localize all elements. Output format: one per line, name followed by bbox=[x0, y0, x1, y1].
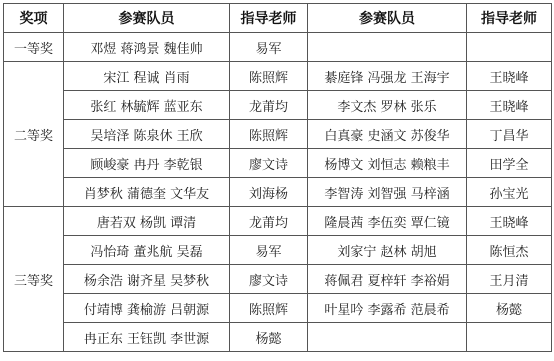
members-cell: 綦庭锋 冯强龙 王海宇 bbox=[308, 62, 467, 91]
header-award: 奖项 bbox=[4, 4, 64, 33]
advisor-cell: 龙莆均 bbox=[230, 91, 308, 120]
table-row: 付靖博 龚榆游 吕朝源 陈照辉 叶星吟 李露希 范晨希 杨懿 bbox=[4, 294, 552, 323]
advisor-cell: 孙宝光 bbox=[467, 178, 552, 207]
advisor-cell: 陈恒杰 bbox=[467, 236, 552, 265]
header-row: 奖项 参赛队员 指导老师 参赛队员 指导老师 bbox=[4, 4, 552, 33]
members-cell: 隆晨茜 李伍奕 覃仁镜 bbox=[308, 207, 467, 236]
members-cell: 张红 林毓辉 蓝亚东 bbox=[64, 91, 230, 120]
members-cell: 李文杰 罗林 张乐 bbox=[308, 91, 467, 120]
members-cell: 叶星吟 李露希 范晨希 bbox=[308, 294, 467, 323]
advisor-cell: 王晓峰 bbox=[467, 91, 552, 120]
advisor-cell: 杨懿 bbox=[230, 323, 308, 352]
members-cell: 蒋佩君 夏梓轩 李裕娟 bbox=[308, 265, 467, 294]
header-members-left: 参赛队员 bbox=[64, 4, 230, 33]
table-row: 杨余浩 谢齐星 吴梦秋 廖文诗 蒋佩君 夏梓轩 李裕娟 王月清 bbox=[4, 265, 552, 294]
members-cell: 杨博文 刘恒志 赖粮丰 bbox=[308, 149, 467, 178]
members-cell: 刘家宁 赵林 胡旭 bbox=[308, 236, 467, 265]
table-row: 张红 林毓辉 蓝亚东 龙莆均 李文杰 罗林 张乐 王晓峰 bbox=[4, 91, 552, 120]
award-first: 一等奖 bbox=[4, 33, 64, 62]
table-row: 一等奖 邓煜 蒋鸿景 魏佳帅 易军 bbox=[4, 33, 552, 62]
award-second: 二等奖 bbox=[4, 62, 64, 207]
members-cell bbox=[308, 323, 467, 352]
advisor-cell: 陈照辉 bbox=[230, 294, 308, 323]
header-advisor-right: 指导老师 bbox=[467, 4, 552, 33]
table-row: 冯怡琦 董兆航 吴磊 易军 刘家宁 赵林 胡旭 陈恒杰 bbox=[4, 236, 552, 265]
advisor-cell: 刘海杨 bbox=[230, 178, 308, 207]
advisor-cell: 易军 bbox=[230, 236, 308, 265]
advisor-cell: 王晓峰 bbox=[467, 62, 552, 91]
advisor-cell: 王月清 bbox=[467, 265, 552, 294]
table-row: 肖梦秋 蒲德奎 文华友 刘海杨 李智涛 刘智强 马梓涵 孙宝光 bbox=[4, 178, 552, 207]
advisor-cell: 廖文诗 bbox=[230, 149, 308, 178]
members-cell: 吴培泽 陈泉休 王欣 bbox=[64, 120, 230, 149]
members-cell: 冉正东 王钰凯 李世源 bbox=[64, 323, 230, 352]
members-cell: 宋江 程诚 肖雨 bbox=[64, 62, 230, 91]
members-cell bbox=[308, 33, 467, 62]
members-cell: 冯怡琦 董兆航 吴磊 bbox=[64, 236, 230, 265]
awards-table: 奖项 参赛队员 指导老师 参赛队员 指导老师 一等奖 邓煜 蒋鸿景 魏佳帅 易军… bbox=[3, 3, 552, 352]
table-row: 吴培泽 陈泉休 王欣 陈照辉 白真豪 史涵文 苏俊华 丁昌华 bbox=[4, 120, 552, 149]
advisor-cell: 易军 bbox=[230, 33, 308, 62]
advisor-cell: 廖文诗 bbox=[230, 265, 308, 294]
members-cell: 杨余浩 谢齐星 吴梦秋 bbox=[64, 265, 230, 294]
table-row: 二等奖 宋江 程诚 肖雨 陈照辉 綦庭锋 冯强龙 王海宇 王晓峰 bbox=[4, 62, 552, 91]
members-cell: 白真豪 史涵文 苏俊华 bbox=[308, 120, 467, 149]
members-cell: 顾峻豪 冉丹 李乾银 bbox=[64, 149, 230, 178]
table-row: 三等奖 唐若双 杨凯 谭清 龙莆均 隆晨茜 李伍奕 覃仁镜 王晓峰 bbox=[4, 207, 552, 236]
advisor-cell: 丁昌华 bbox=[467, 120, 552, 149]
members-cell: 邓煜 蒋鸿景 魏佳帅 bbox=[64, 33, 230, 62]
header-advisor-left: 指导老师 bbox=[230, 4, 308, 33]
award-third: 三等奖 bbox=[4, 207, 64, 352]
advisor-cell: 田学全 bbox=[467, 149, 552, 178]
advisor-cell: 陈照辉 bbox=[230, 120, 308, 149]
members-cell: 肖梦秋 蒲德奎 文华友 bbox=[64, 178, 230, 207]
advisor-cell: 陈照辉 bbox=[230, 62, 308, 91]
members-cell: 李智涛 刘智强 马梓涵 bbox=[308, 178, 467, 207]
table-row: 冉正东 王钰凯 李世源 杨懿 bbox=[4, 323, 552, 352]
members-cell: 付靖博 龚榆游 吕朝源 bbox=[64, 294, 230, 323]
advisor-cell bbox=[467, 33, 552, 62]
advisor-cell: 杨懿 bbox=[467, 294, 552, 323]
header-members-right: 参赛队员 bbox=[308, 4, 467, 33]
advisor-cell: 龙莆均 bbox=[230, 207, 308, 236]
table-row: 顾峻豪 冉丹 李乾银 廖文诗 杨博文 刘恒志 赖粮丰 田学全 bbox=[4, 149, 552, 178]
advisor-cell: 王晓峰 bbox=[467, 207, 552, 236]
advisor-cell bbox=[467, 323, 552, 352]
members-cell: 唐若双 杨凯 谭清 bbox=[64, 207, 230, 236]
